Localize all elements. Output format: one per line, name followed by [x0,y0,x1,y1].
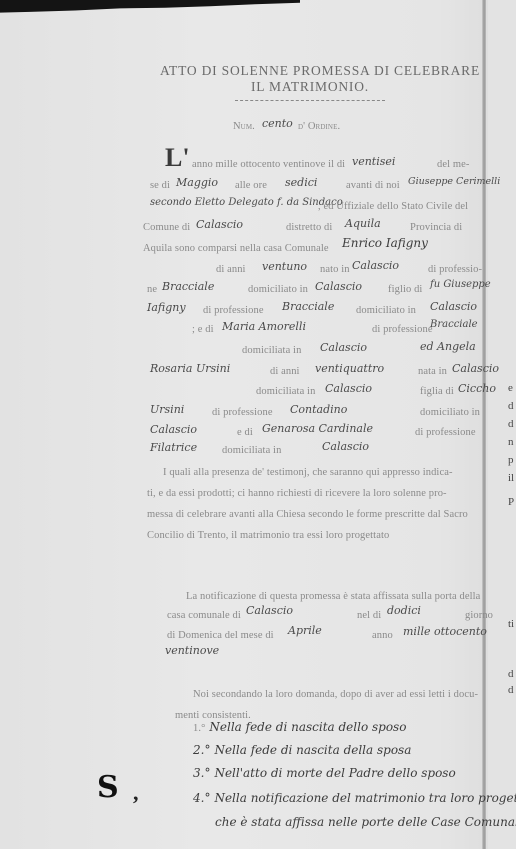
item-number: 3.° [193,766,210,780]
handwritten-entry: Calascio [452,362,499,375]
text-line: di anni [216,264,246,275]
text-line: domiciliata in [222,445,281,456]
text-line: figlia di [420,386,454,397]
handwritten-entry: mille ottocento [403,625,487,638]
handwritten-entry: Calascio [320,341,367,354]
item-number: 2.° [193,743,210,757]
document-item: 1.° Nella fede di nascita dello sposo [193,718,406,736]
text-line: casa comunale di [167,610,241,621]
handwritten-entry: Calascio [352,259,399,272]
text-line: domiciliata in [242,345,301,356]
text-line: del me- [437,159,469,170]
number-label: Num. [233,121,255,132]
page-fold [482,0,486,849]
adjacent-page-letter: p [508,454,514,466]
handwritten-entry: Enrico Iafigny [342,236,428,250]
handwritten-entry: Nella fede di nascita della sposa [214,743,411,757]
text-line: domiciliato in [420,407,480,418]
handwritten-entry: ventinove [165,644,219,657]
paragraph-line: messa di celebrare avanti alla Chiesa se… [147,509,468,520]
notification-line: La notificazione di questa promessa è st… [186,591,480,602]
text-line: domiciliato in [248,284,308,295]
handwritten-entry: ventuno [262,260,307,273]
text-line: nel di [357,610,381,621]
handwritten-entry: Aprile [288,624,322,637]
document-item: 4.° Nella notificazione del matrimonio t… [193,789,516,807]
handwritten-entry: Calascio [196,218,243,231]
paragraph-line: I quali alla presenza de' testimonj, che… [163,467,453,478]
handwritten-entry: Nella fede di nascita dello sposo [209,720,406,734]
handwritten-entry: Bracciale [162,280,214,293]
handwritten-entry: Nell'atto di morte del Padre dello sposo [214,766,455,780]
text-line: di anni [270,366,300,377]
adjacent-page-letter: d [508,668,514,680]
adjacent-page-letter: P [508,496,514,508]
handwritten-entry: Ciccho [458,382,496,395]
handwritten-entry: Iafigny [147,301,186,314]
handwritten-entry: Aquila [345,217,381,230]
text-line: avanti di noi [346,180,400,191]
document-item: che è stata affissa nelle porte delle Ca… [215,813,516,831]
paragraph-line: Concilio di Trento, il matrimonio tra es… [147,530,389,541]
item-number: 4.° [193,791,210,805]
handwritten-entry: Contadino [290,403,347,416]
handwritten-entry: Giuseppe Cerimelli [408,176,500,187]
item-number: 1.° [193,723,205,734]
adjacent-page-letter: il [508,472,514,484]
text-line: ; e di [192,324,214,335]
handwritten-entry: ventiquattro [315,362,384,375]
text-line: di Domenica del mese di [167,630,274,641]
handwritten-entry: Rosaria Ursini [150,362,230,375]
handwritten-entry: Filatrice [150,441,197,454]
text-line: di professione [203,305,264,316]
handwritten-entry: Calascio [315,280,362,293]
handwritten-entry: che è stata affissa nelle porte delle Ca… [215,815,516,829]
handwritten-entry: Calascio [150,423,197,436]
margin-mark-comma: , [133,780,139,806]
text-line: nato in [320,264,350,275]
text-line: Aquila sono comparsi nella casa Comunale [143,243,329,254]
text-line: , ed Uffiziale dello Stato Civile del [318,201,468,212]
text-line: Provincia di [410,222,462,233]
text-line: anno mille ottocento ventinove il di [192,159,345,170]
margin-mark: S [97,770,119,805]
document-page: e d d n p il P ti d d ATTO DI SOLENNE PR… [0,0,516,849]
adjacent-page-letter: d [508,400,514,412]
handwritten-entry: Calascio [430,300,477,313]
text-line: e di [237,427,253,438]
text-line: di professione [415,427,476,438]
handwritten-entry: Genarosa Cardinale [262,422,373,435]
handwritten-entry: fu Giuseppe [430,279,491,290]
handwritten-entry: dodici [387,604,421,617]
documents-intro: Noi secondando la loro domanda, dopo di … [193,689,478,700]
handwritten-entry: Bracciale [282,300,334,313]
text-line: Comune di [143,222,190,233]
handwritten-entry: Bracciale [430,319,478,330]
handwritten-entry: Calascio [325,382,372,395]
text-line: giorno [465,610,493,621]
text-line: di professione [372,324,433,335]
text-line: domiciliato in [356,305,416,316]
document-item: 2.° Nella fede di nascita della sposa [193,741,411,759]
text-line: domiciliata in [256,386,315,397]
torn-top-edge [0,0,300,14]
handwritten-entry: Maggio [176,176,218,189]
title-line-1: ATTO DI SOLENNE PROMESSA DI CELEBRARE [160,63,460,79]
handwritten-entry: Calascio [322,440,369,453]
adjacent-page-letter: ti [508,618,514,630]
text-line: ne [147,284,157,295]
title-divider [235,100,385,101]
paragraph-line: ti, e da essi prodotti; ci hanno richies… [147,488,447,499]
handwritten-entry: Nella notificazione del matrimonio tra l… [214,791,516,805]
text-line: nata in [418,366,447,377]
text-line: figlio di [388,284,422,295]
document-item: 3.° Nell'atto di morte del Padre dello s… [193,764,456,782]
handwritten-entry: Maria Amorelli [222,320,306,333]
adjacent-page-letter: n [508,436,514,448]
adjacent-page-letter: d [508,418,514,430]
handwritten-entry: ed Angela [420,340,476,353]
adjacent-page-letter: e [508,382,513,394]
text-line: alle ore [235,180,267,191]
text-line: di professio- [428,264,482,275]
handwritten-entry: Ursini [150,403,184,416]
drop-cap: L' [165,145,190,171]
adjacent-page-letter: d [508,684,514,696]
handwritten-entry: Calascio [246,604,293,617]
handwritten-entry: sedici [285,176,317,189]
title-line-2: IL MATRIMONIO. [160,79,460,95]
text-line: se di [150,180,170,191]
number-value: cento [262,117,293,130]
text-line: di professione [212,407,273,418]
text-line: anno [372,630,393,641]
handwritten-entry: secondo Eletto Delegato f. da Sindaco [150,197,343,208]
handwritten-entry: ventisei [352,155,395,168]
text-line: distretto di [286,222,332,233]
order-label: d' Ordine. [298,121,340,132]
